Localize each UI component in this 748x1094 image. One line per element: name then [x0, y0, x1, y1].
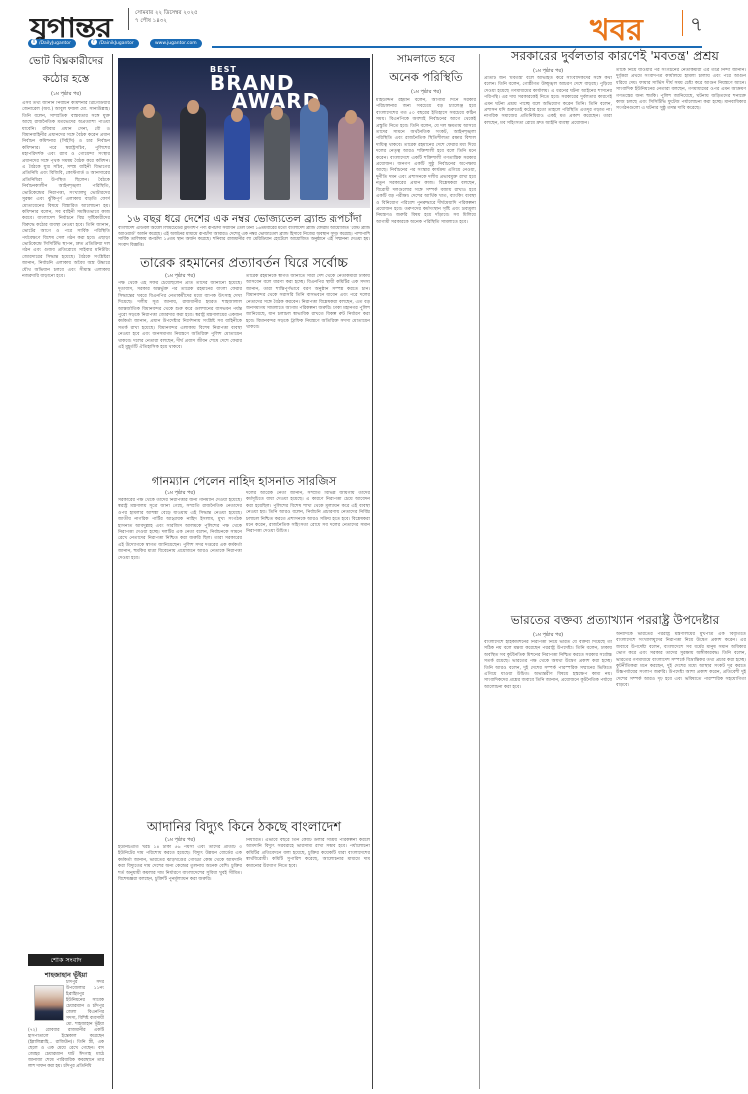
continued-label: (১ম পৃষ্ঠার পর)	[118, 837, 242, 845]
article-body: বাংলাদেশে হাইকমিশনের নিরাপত্তা নিয়ে ভার…	[484, 640, 612, 1089]
person	[264, 112, 290, 200]
article-body: নির্ধারিত। এভাবে বছরে তিন কোটি ডলার সাশ্…	[246, 838, 370, 1089]
continued-label: (১ম পৃষ্ঠার পর)	[484, 632, 612, 640]
social-link-facebook[interactable]: f/DainikJugantor	[88, 39, 139, 48]
issue-date: সোমবার ২২ ডিসেম্বর ২০২৫ ৭ পৌষ ১৪৩২	[135, 9, 198, 25]
headline[interactable]: কঠোর হস্তে	[22, 72, 110, 89]
award-photo: BEST BRAND AWARD	[118, 58, 370, 208]
page-number: ৭	[690, 10, 703, 43]
article-body: তাকে নিয়ে যাওয়ার পর সংগঠনের নেতাকর্মীর…	[616, 68, 746, 606]
date-bengali: ৭ পৌষ ১৪৩২	[135, 17, 198, 25]
article-samlate: সামলাতে হবে অনেক পরিস্থিতি (১ম পৃষ্ঠার প…	[376, 52, 476, 1093]
headline[interactable]: তারেক রহমানের প্রত্যাবর্তন ঘিরে সর্বোচ্চ	[118, 254, 370, 275]
person	[224, 114, 250, 200]
x-icon: X	[31, 39, 37, 45]
website-link[interactable]: www.jugantor.com	[150, 39, 202, 48]
section-divider	[682, 10, 683, 36]
continued-label: (১ম পৃষ্ঠার পর)	[484, 68, 612, 76]
article-body: তারেক রহমানকে স্বাগত জানাতে সারা দেশ থেক…	[246, 274, 370, 469]
web-url: www.jugantor.com	[155, 41, 197, 46]
column-divider	[112, 54, 113, 1089]
person	[300, 104, 328, 200]
headline[interactable]: ভোট বিঘ্নকারীদের	[22, 54, 110, 71]
facebook-icon: f	[91, 39, 97, 45]
article-body: ইউনিটপ্রতি খরচ ১৪ টাকা ৫৬ পয়সা এবং তাদে…	[118, 845, 242, 1089]
column-divider	[372, 54, 373, 1089]
person	[180, 106, 206, 200]
column-divider	[479, 54, 480, 1089]
photo-caption: বাংলাদেশ এডিবল অয়েল লিমিটেডের ফ্লাগশিপ …	[118, 226, 370, 252]
award-backdrop-text: BEST BRAND AWARD	[210, 66, 320, 110]
headline[interactable]: সামলাতে হবে	[376, 52, 476, 69]
headline[interactable]: অনেক পরিস্থিতি	[376, 69, 476, 88]
article-body: অন্যদিকে ভারতের পররাষ্ট্র মন্ত্রণালয়ের …	[616, 632, 746, 1089]
article-body: দলের আরেক নেতা জানান, সম্প্রতি বিভিন্ন জ…	[246, 491, 370, 814]
article-body: মহিউদ্দিন রহমান বলেন, আগামী দিনে সরকার প…	[376, 98, 476, 1093]
article-body: প্রতিটি জন 'মবতন্ত্র' বলে অভিহিত করে সাং…	[484, 76, 612, 606]
article-body: পক্ষ থেকে এই সফর চেয়েছিলেন প্রতি তাঁদের…	[118, 281, 242, 469]
headline[interactable]: সরকারের দুর্বলতার কারণেই 'মবতন্ত্র' প্রশ…	[484, 48, 746, 68]
headline[interactable]: ভারতের বক্তব্য প্রত্যাখ্যান পররাষ্ট্র উপ…	[484, 612, 746, 632]
continued-label: (১ম পৃষ্ঠার পর)	[118, 490, 242, 498]
obituary-body: চাঁদপুর সদর উপজেলার ১১নং ইব্রাহিমপুর ইউন…	[28, 980, 104, 1088]
headline[interactable]: আদানির বিদ্যুৎ কিনে ঠকছে বাংলাদেশ	[118, 818, 370, 839]
person	[338, 116, 364, 200]
social-link-x[interactable]: X/DailyJugantor	[28, 39, 76, 48]
masthead-divider	[128, 8, 129, 30]
article-body: এসব তথ্য জানান নির্বাচন কমিশনার ব্রিগেডি…	[22, 101, 110, 927]
article-vote: ভোট বিঘ্নকারীদের কঠোর হস্তে (১ম পৃষ্ঠার …	[22, 54, 110, 927]
continued-label: (১ম পৃষ্ঠার পর)	[118, 273, 242, 281]
date-gregorian: সোমবার ২২ ডিসেম্বর ২০২৫	[135, 9, 198, 17]
person	[136, 110, 162, 200]
continued-label: (১ম পৃষ্ঠার পর)	[376, 89, 476, 97]
continued-label: (১ম পৃষ্ঠার পর)	[22, 91, 110, 99]
obituary-section-label: শোক সংবাদ	[28, 954, 104, 966]
article-body: সরকারের পক্ষ থেকে তাদের নিরাপত্তার জন্য …	[118, 498, 242, 814]
